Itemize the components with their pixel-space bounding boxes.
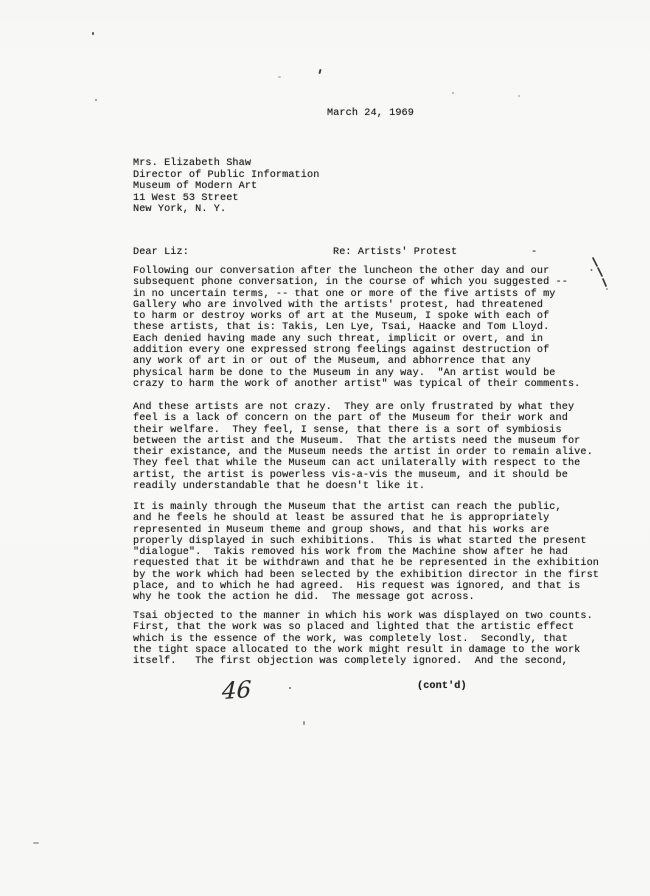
letter-page: March 24, 1969 Mrs. Elizabeth Shaw Direc… (0, 0, 650, 896)
subject-dash: - (531, 247, 537, 258)
speck-dot (92, 32, 94, 35)
stray-dash-mark (33, 842, 39, 844)
paragraph-1: Following our conversation after the lun… (133, 266, 580, 390)
speck-dot (518, 95, 520, 97)
speck-dot (303, 721, 305, 725)
speck-dot (452, 92, 454, 94)
continuation-note: (cont'd) (417, 681, 467, 692)
stray-apostrophe-mark (318, 69, 321, 74)
paragraph-4: Tsai objected to the manner in which his… (133, 611, 593, 667)
pen-mark (585, 250, 615, 295)
paragraph-2: And these artists are not crazy. They ar… (133, 402, 593, 492)
paragraph-3: It is mainly through the Museum that the… (133, 502, 599, 604)
recipient-address: Mrs. Elizabeth Shaw Director of Public I… (133, 158, 319, 216)
salutation: Dear Liz: (133, 247, 189, 258)
handwritten-page-number: 46 (222, 677, 252, 705)
speck-dot (278, 76, 281, 78)
speck-dot (95, 99, 97, 101)
subject-line: Re: Artists' Protest (333, 247, 457, 258)
speck-dot (289, 687, 291, 689)
letter-date: March 24, 1969 (327, 108, 414, 119)
